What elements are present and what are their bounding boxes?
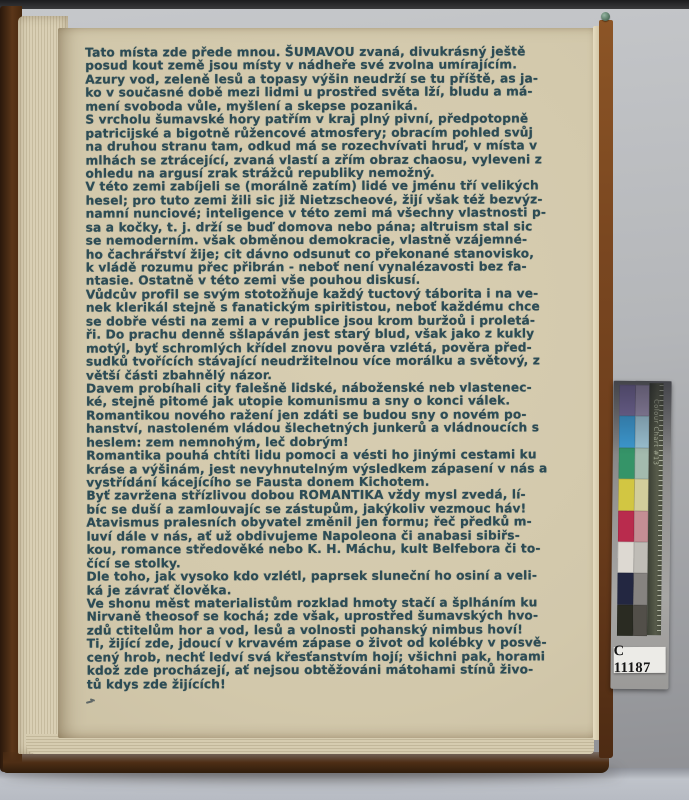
photographed-book-scene: Tato místa zde přede mnou. ŠUMAVOU zvaná…	[0, 0, 689, 800]
color-patch	[618, 510, 634, 542]
background-top-edge	[0, 0, 689, 9]
page-text: Tato místa zde přede mnou. ŠUMAVOU zvaná…	[85, 45, 540, 691]
color-patch	[618, 479, 634, 511]
text-line: tů kdys zde žijících!	[87, 677, 540, 692]
chart-shadow-overlay	[613, 381, 672, 456]
pushpin-icon	[601, 12, 610, 21]
color-patch	[634, 542, 648, 574]
color-patch	[633, 605, 647, 637]
color-patch	[633, 573, 647, 605]
color-calibration-chart: Colour Chart #13 C 11187	[610, 381, 671, 690]
book-cover-bottom-edge	[3, 752, 609, 773]
color-patch	[617, 604, 633, 636]
color-patch	[634, 479, 648, 511]
text-line: kdož zde procházejí, ať nejsou obtěžován…	[87, 664, 540, 679]
printers-mark-icon	[86, 699, 96, 704]
specimen-id-label: C 11187	[614, 647, 666, 673]
color-patch	[618, 542, 634, 574]
text-line: Dle toho, jak vysoko kdo vzlétl, paprsek…	[87, 569, 540, 584]
text-line: kou, romance středověké nebo K. H. Máchu…	[86, 543, 539, 558]
color-patch	[617, 573, 633, 605]
text-line: sudků tvořících stávající neudržitelnou …	[86, 354, 539, 369]
color-patch	[634, 510, 648, 542]
